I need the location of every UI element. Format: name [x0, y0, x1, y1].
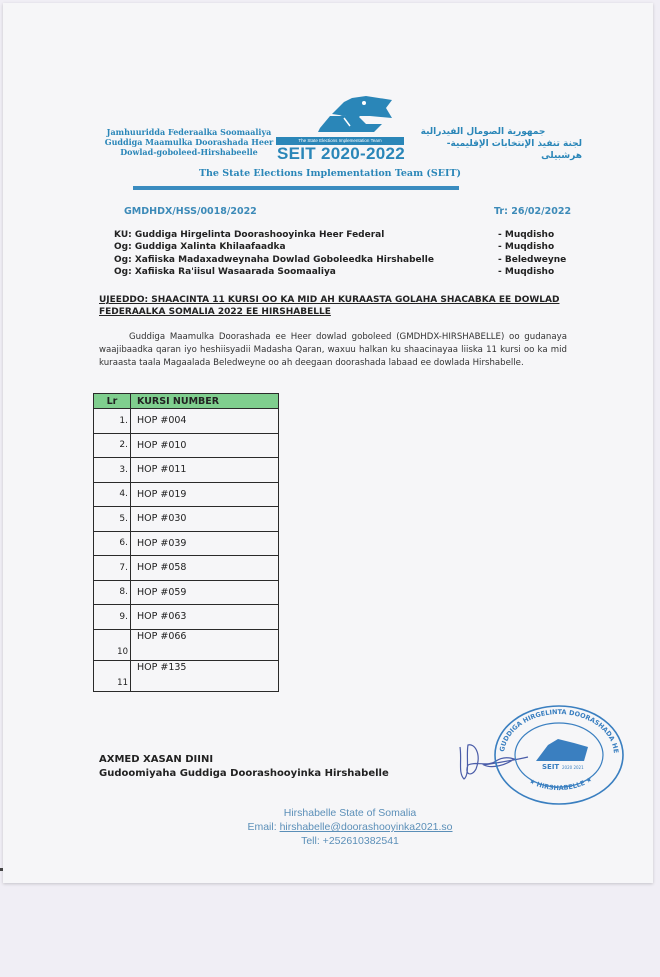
ballot-box-icon: [274, 94, 408, 140]
row-number: 2.: [94, 433, 131, 458]
table-row: 1.HOP #004: [94, 409, 279, 434]
signatory-title: Gudoomiyaha Guddiga Doorashooyinka Hirsh…: [99, 768, 389, 779]
footer-org: Hirshabelle State of Somalia: [210, 806, 490, 820]
recipient-row: Og: Guddiga Xalinta Khilaafaadka - Muqdi…: [114, 241, 574, 253]
svg-text:2020 2021: 2020 2021: [562, 765, 584, 770]
recipient-label: KU: Guddiga Hirgelinta Doorashooyinka He…: [114, 229, 384, 241]
header-arabic-org: جمهورية الصومال الفيدرالية لجنة تنفيذ ال…: [404, 126, 582, 162]
email-label: Email:: [247, 821, 279, 833]
recipient-location: - Muqdisho: [498, 229, 574, 241]
kursi-number: HOP #010: [131, 433, 279, 458]
kursi-number: HOP #011: [131, 458, 279, 483]
header-left-line-1: Jamhuuridda Federaalka Soomaaliya: [104, 127, 274, 137]
column-header-lr: Lr: [94, 394, 131, 409]
row-number: 11: [94, 660, 131, 691]
row-number: 6.: [94, 531, 131, 556]
recipient-label: Og: Xafiiska Madaxadweynaha Dowlad Gobol…: [114, 254, 434, 266]
kursi-number: HOP #063: [131, 605, 279, 630]
kursi-number: HOP #030: [131, 507, 279, 532]
row-number: 4.: [94, 482, 131, 507]
header-divider: [133, 186, 459, 190]
recipient-label: Og: Guddiga Xalinta Khilaafaadka: [114, 241, 286, 253]
footer-phone: Tell: +252610382541: [210, 834, 490, 848]
table-row: 5.HOP #030: [94, 507, 279, 532]
recipient-location: - Muqdisho: [498, 241, 574, 253]
recipient-row: Og: Xafiiska Ra'iisul Wasaarada Soomaali…: [114, 266, 574, 278]
header-subtitle: The State Elections Implementation Team …: [110, 168, 550, 179]
header-left-line-2: Guddiga Maamulka Doorashada Heer: [104, 137, 274, 147]
row-number: 7.: [94, 556, 131, 581]
kursi-number: HOP #039: [131, 531, 279, 556]
table-row: 7.HOP #058: [94, 556, 279, 581]
row-number: 8.: [94, 580, 131, 605]
seit-logo: The State Elections Implementation Team …: [274, 94, 408, 164]
scan-mark: [0, 868, 3, 871]
table-row: 11HOP #135: [94, 660, 279, 691]
recipient-row: Og: Xafiiska Madaxadweynaha Dowlad Gobol…: [114, 254, 574, 266]
column-header-kursi: KURSI NUMBER: [131, 394, 279, 409]
document-date: Tr: 26/02/2022: [494, 206, 571, 217]
table-row: 10HOP #066: [94, 629, 279, 660]
recipients-list: KU: Guddiga Hirgelinta Doorashooyinka He…: [114, 229, 574, 278]
signatory-name: AXMED XASAN DIINI: [99, 754, 213, 765]
table-row: 4.HOP #019: [94, 482, 279, 507]
table-row: 8.HOP #059: [94, 580, 279, 605]
footer-email-line: Email: hirshabelle@doorashooyinka2021.so: [210, 820, 490, 834]
table-header-row: Lr KURSI NUMBER: [94, 394, 279, 409]
kursi-number: HOP #066: [131, 629, 279, 660]
table-row: 9.HOP #063: [94, 605, 279, 630]
header-right-line-1: جمهورية الصومال الفيدرالية: [404, 126, 582, 138]
row-number: 10: [94, 629, 131, 660]
row-number: 9.: [94, 605, 131, 630]
header-left-line-3: Dowlad-goboleed-Hirshabeelle: [104, 147, 274, 157]
header-right-line-2: لجنة تنفيذ الإنتخابات الإقليمية- هرشبيلى: [404, 138, 582, 162]
subject-line: UJEEDDO: SHAACINTA 11 KURSI OO KA MID AH…: [99, 294, 569, 318]
svg-text:★ HIRSHABELLE ★: ★ HIRSHABELLE ★: [528, 775, 594, 792]
recipient-label: Og: Xafiiska Ra'iisul Wasaarada Soomaali…: [114, 266, 336, 278]
official-stamp-icon: GUDDIGA HIRGELINTA DOORASHADA HEER DOWLA…: [492, 703, 626, 807]
row-number: 5.: [94, 507, 131, 532]
kursi-number: HOP #019: [131, 482, 279, 507]
row-number: 3.: [94, 458, 131, 483]
table-row: 6.HOP #039: [94, 531, 279, 556]
recipient-location: - Muqdisho: [498, 266, 574, 278]
recipient-row: KU: Guddiga Hirgelinta Doorashooyinka He…: [114, 229, 574, 241]
kursi-number: HOP #135: [131, 660, 279, 691]
svg-text:SEIT: SEIT: [542, 763, 559, 771]
kursi-number: HOP #058: [131, 556, 279, 581]
table-row: 2.HOP #010: [94, 433, 279, 458]
recipient-location: - Beledweyne: [498, 254, 574, 266]
kursi-number: HOP #059: [131, 580, 279, 605]
table-row: 3.HOP #011: [94, 458, 279, 483]
kursi-table: Lr KURSI NUMBER 1.HOP #0042.HOP #0103.HO…: [93, 393, 279, 692]
footer-contact: Hirshabelle State of Somalia Email: hirs…: [210, 806, 490, 848]
logo-title: SEIT 2020-2022: [274, 144, 408, 164]
header-somali-org: Jamhuuridda Federaalka Soomaaliya Guddig…: [104, 127, 274, 157]
body-paragraph: Guddiga Maamulka Doorashada ee Heer dowl…: [99, 331, 567, 370]
kursi-number: HOP #004: [131, 409, 279, 434]
row-number: 1.: [94, 409, 131, 434]
email-link[interactable]: hirshabelle@doorashooyinka2021.so: [280, 821, 453, 833]
reference-number: GMDHDX/HSS/0018/2022: [124, 206, 257, 217]
